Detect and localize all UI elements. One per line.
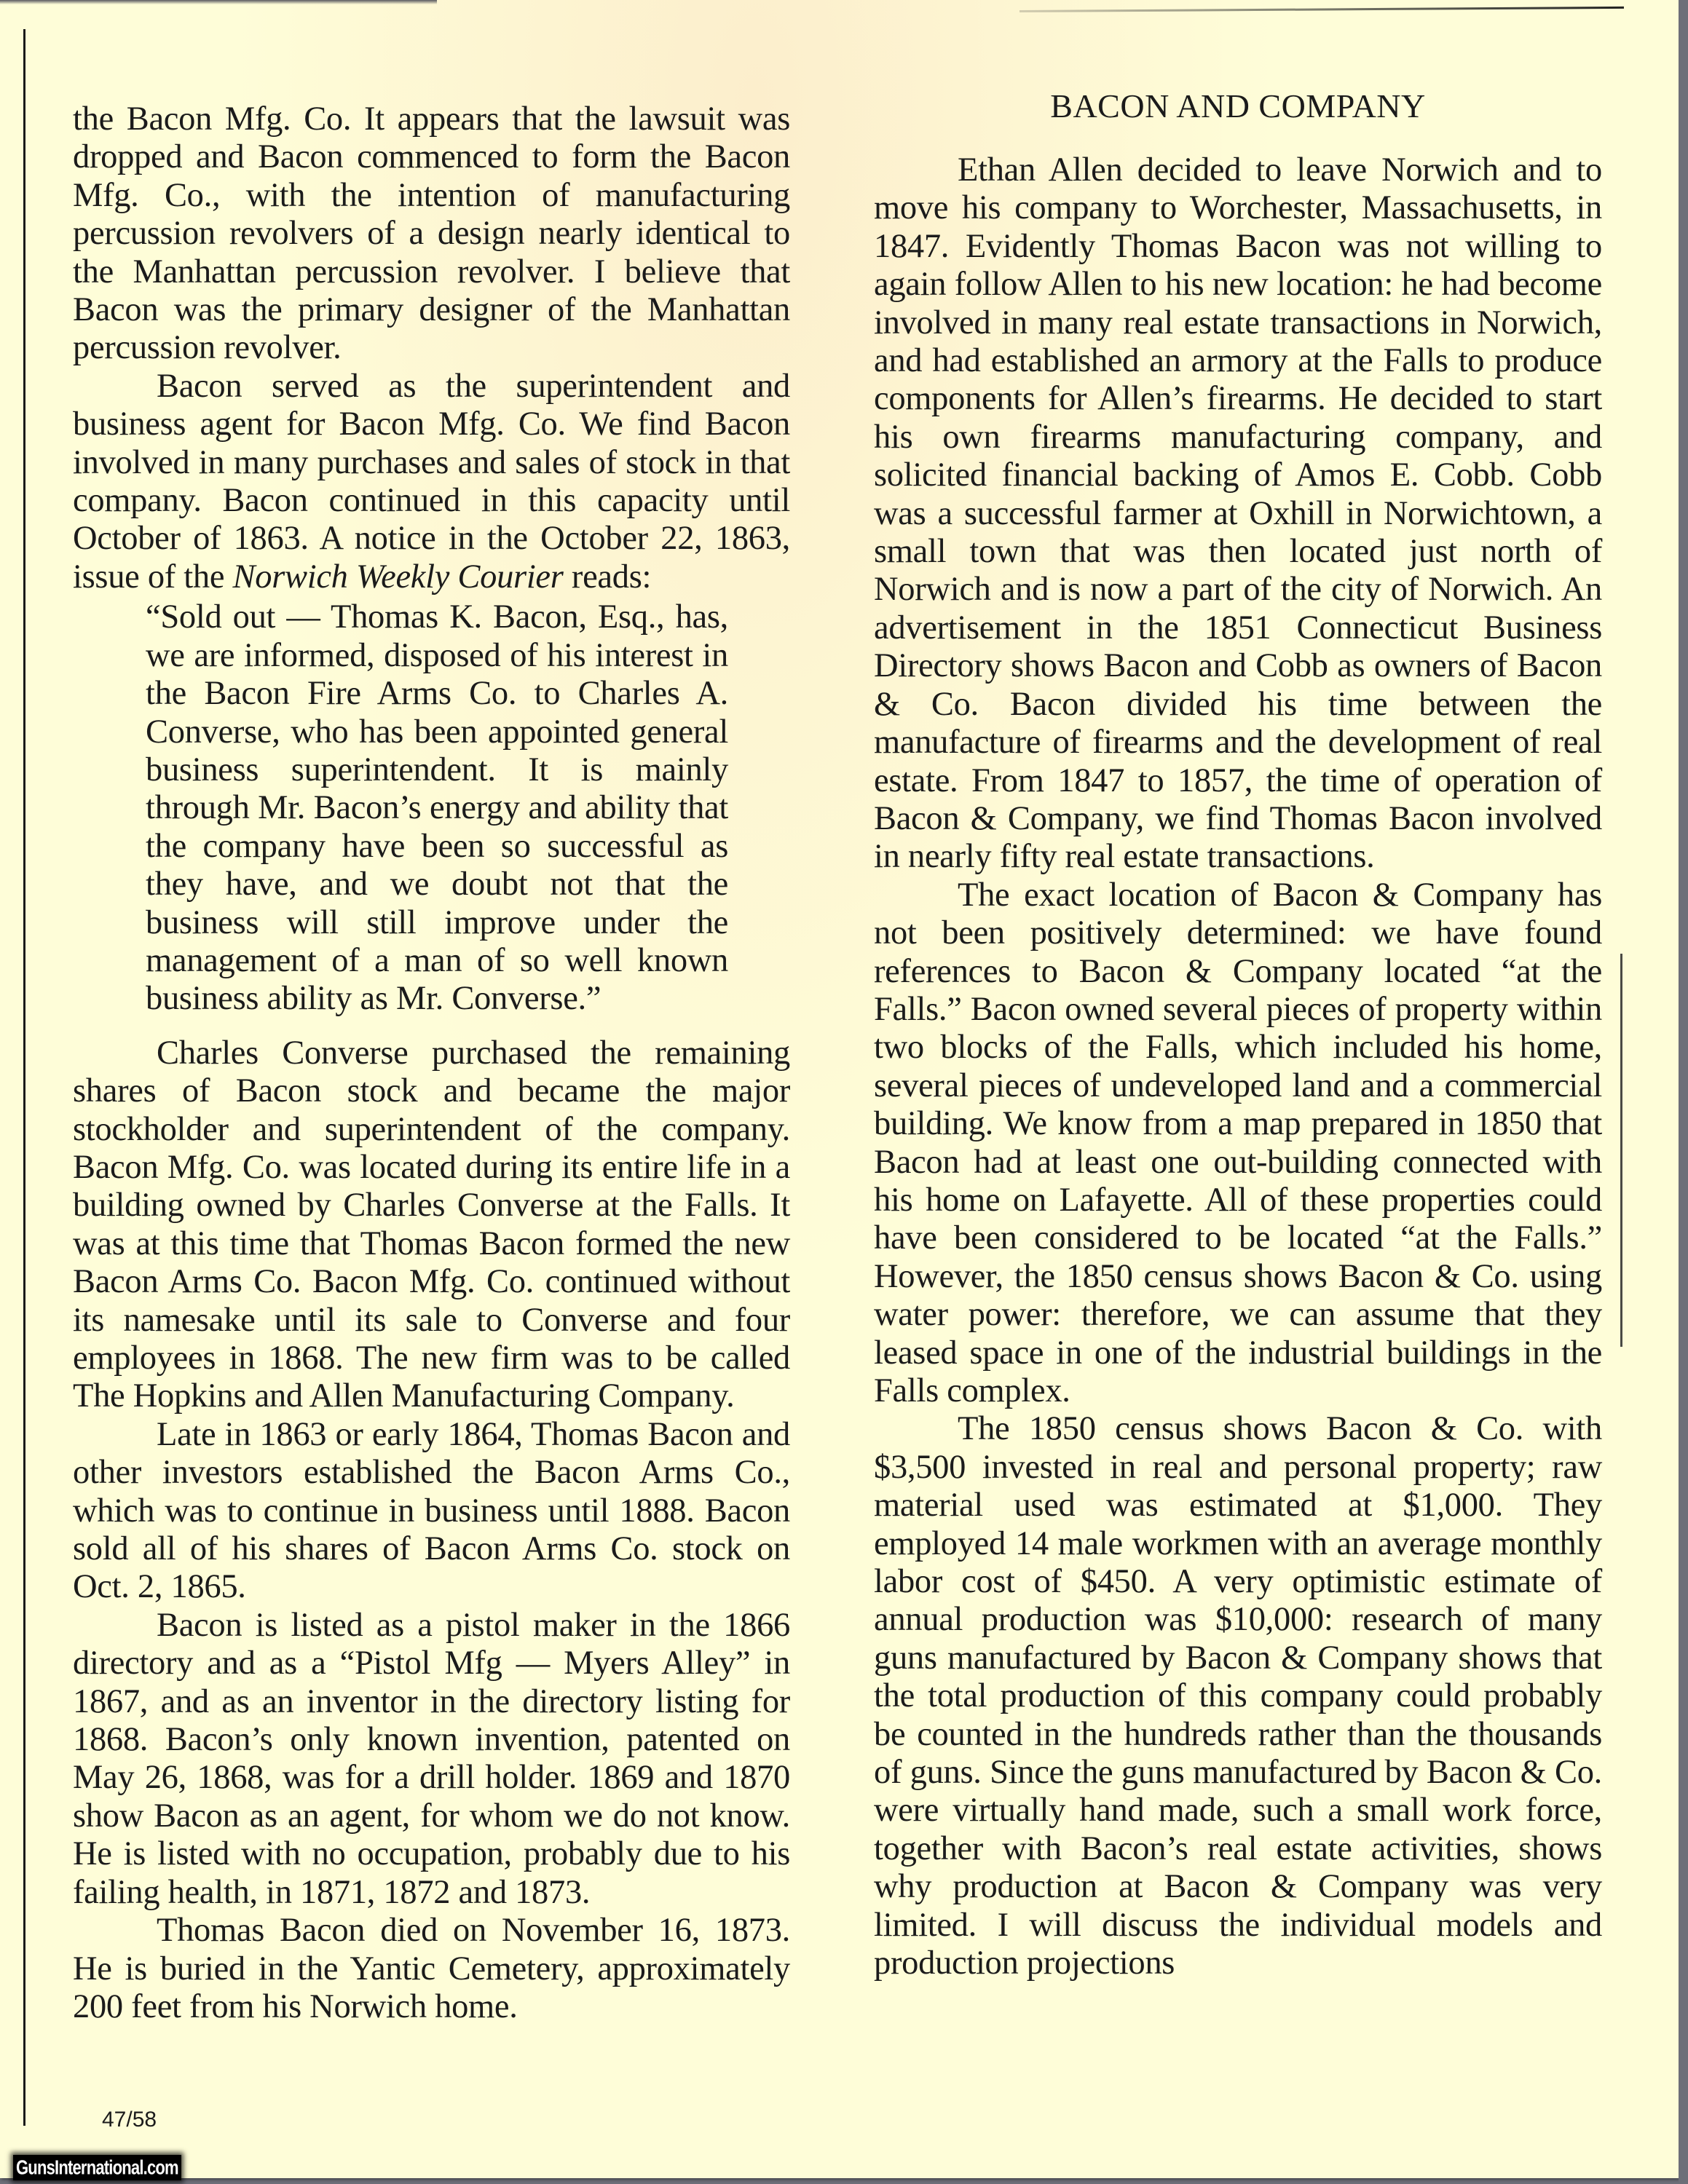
paragraph-converse: Charles Converse purchased the remaining… <box>73 1034 790 1416</box>
paragraph-census: The 1850 census shows Bacon & Co. with $… <box>874 1410 1602 1982</box>
scanned-page: the Bacon Mfg. Co. It appears that the l… <box>0 0 1679 2178</box>
quote-text: “Sold out — Thomas K. Bacon, Esq., has, … <box>146 598 728 1018</box>
paragraph-lawsuit: the Bacon Mfg. Co. It appears that the l… <box>73 100 790 368</box>
paragraph-bacon-arms: Late in 1863 or early 1864, Thomas Bacon… <box>73 1416 790 1607</box>
top-rule <box>1019 7 1624 12</box>
paragraph-location: The exact location of Bacon & Company ha… <box>874 877 1602 1411</box>
page-number: 47/58 <box>102 2108 157 2132</box>
right-column: Ethan Allen decided to leave Norwich and… <box>874 151 1602 1983</box>
paragraph-text: reads: <box>564 558 652 596</box>
watermark-logo: GunsInternational.com <box>13 2155 181 2180</box>
section-heading: BACON AND COMPANY <box>874 87 1602 125</box>
paragraph-death: Thomas Bacon died on November 16, 1873. … <box>73 1912 790 2026</box>
left-margin-rule <box>23 29 25 2126</box>
right-margin-mark <box>1620 954 1622 1347</box>
scan-shadow <box>0 0 437 4</box>
newspaper-quote: “Sold out — Thomas K. Bacon, Esq., has, … <box>73 598 790 1018</box>
paragraph-directory: Bacon is listed as a pistol maker in the… <box>73 1607 790 1912</box>
newspaper-title: Norwich Weekly Courier <box>233 558 564 596</box>
paragraph-superintendent: Bacon served as the superintendent and b… <box>73 368 790 596</box>
left-column: the Bacon Mfg. Co. It appears that the l… <box>73 100 790 2026</box>
scanner-edge <box>1679 0 1688 2184</box>
paragraph-ethan-allen: Ethan Allen decided to leave Norwich and… <box>874 151 1602 877</box>
